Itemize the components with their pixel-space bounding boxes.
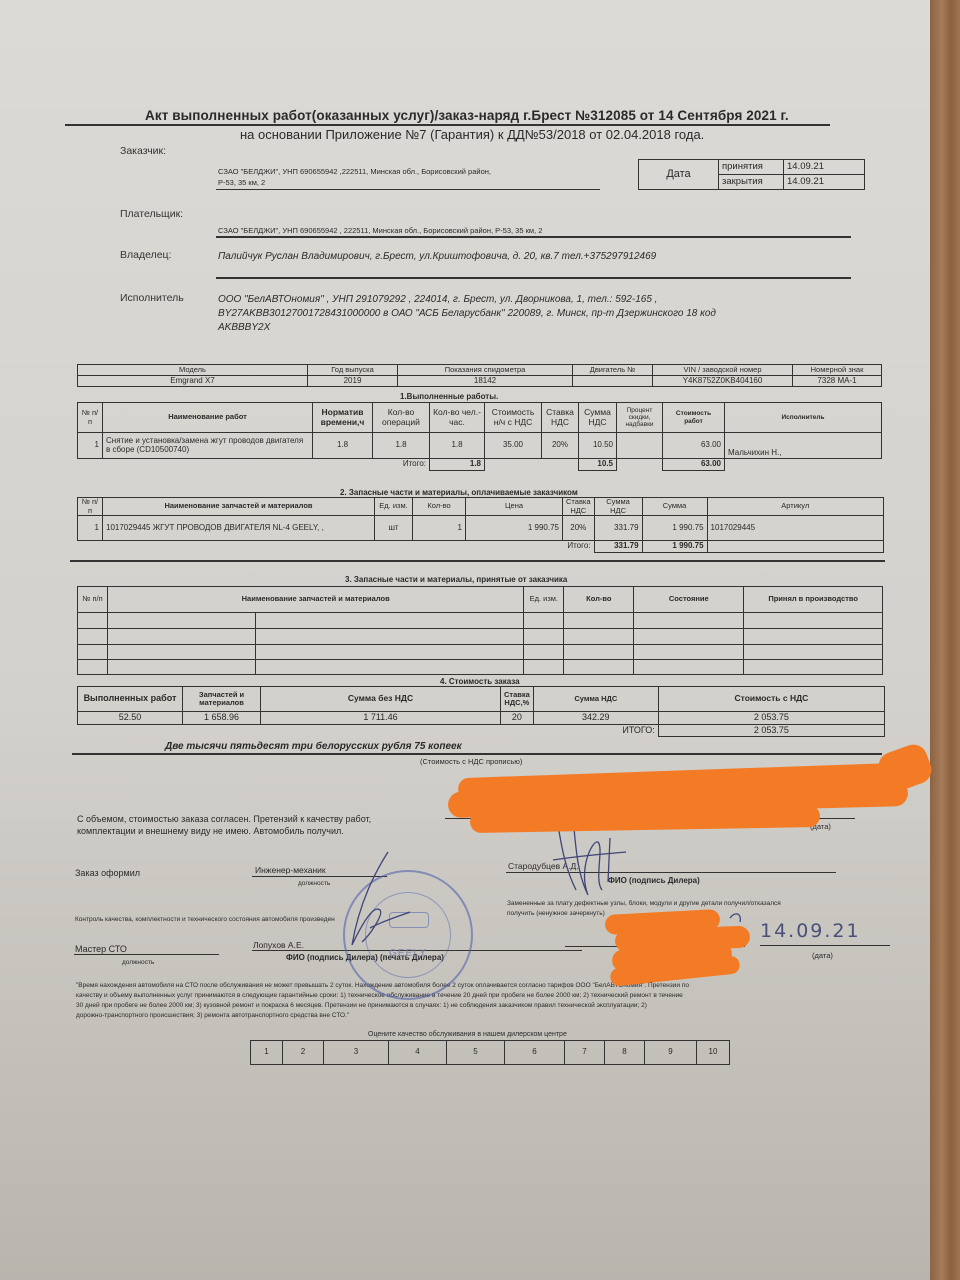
cost-vat-rate: 20 [501,712,534,725]
customer-parts-header: Принял в производство [744,587,883,613]
works-title: 1.Выполненные работы. [400,392,498,401]
rating-score-3[interactable]: 3 [324,1041,389,1065]
vehicle-header: VIN / заводской номер [653,365,793,376]
works-header: Наименование работ [103,403,313,433]
table-row [78,629,883,645]
order-cost-title: 4. Стоимость заказа [440,677,520,686]
work-vat-sum: 10.50 [579,433,617,459]
works-header: Кол-во операций [373,403,430,433]
work-name: Снятие и установка/замена жгут проводов … [103,433,313,459]
wooden-surface [930,0,960,1280]
parts-header: Кол-во [413,498,466,516]
works-total-cost: 63.00 [663,459,725,471]
parts-customer-table: № п/п Наименование запчастей и материало… [77,586,883,675]
customer-label: Заказчик: [120,145,166,157]
parts-header: Артикул [707,498,883,516]
grand-total-value: 2 053.75 [658,725,884,737]
work-norm: 1.8 [313,433,373,459]
part-qty: 1 [413,516,466,541]
works-total-label: Итого: [373,459,430,471]
parts-total-sum: 1 990.75 [642,541,707,553]
contractor-label: Исполнитель [120,292,184,304]
customer-parts-header: № п/п [78,587,108,613]
document-title: Акт выполненных работ(оказанных услуг)/з… [145,108,789,123]
cost-header: Ставка НДС,% [501,687,534,712]
owner-value: Палийчук Руслан Владимирович, г.Брест, у… [218,251,656,262]
cost-header: Сумма НДС [533,687,658,712]
vehicle-header: Номерной знак [793,365,882,376]
grand-total-label: ИТОГО: [533,725,658,737]
part-number: 1 [78,516,103,541]
part-sum: 1 990.75 [642,516,707,541]
payer-underline [216,236,851,238]
parts-header: Ставка НДС [563,498,595,516]
parts-total-label: Итого: [563,541,595,553]
parts-paid-title: 2. Запасные части и материалы, оплачивае… [340,488,578,497]
work-vat-rate: 20% [542,433,579,459]
footnote-line-3: 30 дней при пробеге не более 2000 км; 3)… [76,1002,647,1009]
payer-label: Плательщик: [120,208,183,220]
work-operations: 1.8 [373,433,430,459]
rating-score-2[interactable]: 2 [283,1041,324,1065]
customer-parts-header: Состояние [634,587,744,613]
parts-header: Ед. изм. [375,498,413,516]
works-header: Сумма НДС [579,403,617,433]
total-in-words-caption: (Стоимость с НДС прописью) [420,757,522,766]
work-number: 1 [78,433,103,459]
parts-paid-table: № п/п Наименование запчастей и материало… [77,497,884,553]
works-header: Процент скидки, надбавки [617,403,663,433]
master-position-caption: должность [122,959,154,966]
parts-header: Цена [466,498,563,516]
contractor-line-1: ООО "БелАВТОномия" , УНП 291079292 , 224… [218,294,657,305]
works-header: Ставка НДС [542,403,579,433]
receiver-line-a [565,946,605,947]
parts-header: Наименование запчастей и материалов [103,498,375,516]
works-header: Исполнитель [725,403,882,433]
closed-date: 14.09.21 [784,175,865,190]
rating-score-4[interactable]: 4 [389,1041,447,1065]
master-name: Лопухов А.Е. [253,940,304,950]
customer-parts-header: Наименование запчастей и материалов [108,587,524,613]
document-subtitle: на основании Приложение №7 (Гарантия) к … [240,127,704,142]
work-cost: 63.00 [663,433,725,459]
parts-header: Сумма НДС [594,498,642,516]
receiver-date-line [760,945,890,946]
works-header: Стоимость н/ч с НДС [485,403,542,433]
rating-score-10[interactable]: 10 [697,1041,730,1065]
table-row [78,613,883,629]
customer-parts-header: Кол-во [564,587,634,613]
rating-score-6[interactable]: 6 [505,1041,565,1065]
rating-score-7[interactable]: 7 [565,1041,605,1065]
cost-sum-no-vat: 1 711.46 [261,712,501,725]
cost-header: Сумма без НДС [261,687,501,712]
works-total-vat: 10.5 [579,459,617,471]
cost-header: Стоимость с НДС [658,687,884,712]
work-manhours: 1.8 [430,433,485,459]
rating-score-8[interactable]: 8 [605,1041,645,1065]
parts-customer-title: 3. Запасные части и материалы, принятые … [345,575,567,584]
title-underline [65,124,830,126]
agreement-text-1: С объемом, стоимостью заказа согласен. П… [77,814,371,824]
cost-parts: 1 658.96 [183,712,261,725]
works-total-manhours: 1.8 [430,459,485,471]
parts-total-vat: 331.79 [594,541,642,553]
cost-vat-sum: 342.29 [533,712,658,725]
accepted-date: 14.09.21 [784,160,865,175]
work-worker: Мальчихин Н., [725,433,882,459]
master-position: Мастер СТО [75,944,127,954]
agreement-text-2: комплектации и внешнему виду не имею. Ав… [77,826,344,836]
accepted-label: принятия [719,160,784,175]
vehicle-header: Модель [78,365,308,376]
rating-score-5[interactable]: 5 [447,1041,505,1065]
quality-control-text: Контроль качества, комплектности и техни… [75,916,335,923]
master-signature-icon [340,850,420,960]
works-header: Стоимость работ [663,403,725,433]
owner-label: Владелец: [120,249,172,261]
vehicle-header: Двигатель № [573,365,653,376]
works-header: № п/п [78,403,103,433]
vehicle-header: Показания спидометра [398,365,573,376]
parts-header: № п/п [78,498,103,516]
section-divider [70,560,885,562]
cost-total-with-vat: 2 053.75 [658,712,884,725]
part-article: 1017029445 [707,516,883,541]
contractor-line-2: BY27AKBB30127001728431000000 в ОАО "АСБ … [218,308,716,319]
closed-label: закрытия [719,175,784,190]
dealer-signature-icon [548,820,648,910]
footnote-line-4: дорожно-транспортного происшествия; 3) р… [76,1012,349,1019]
date-label: Дата [639,160,719,190]
table-row [78,645,883,660]
master-position-underline [74,954,219,955]
works-header: Норматив времени,ч [313,403,373,433]
position-value: Инженер-механик [255,865,326,875]
customer-parts-header: Ед. изм. [524,587,564,613]
rating-title: Оцените качество обслуживания в нашем ди… [368,1031,567,1038]
handwritten-date: 14.09.21 [760,920,861,942]
vehicle-model: Emgrand X7 [78,376,308,387]
order-cost-table: Выполненных работ Запчастей и материалов… [77,686,885,737]
part-price: 1 990.75 [466,516,563,541]
works-table: № п/п Наименование работ Норматив времен… [77,402,882,471]
total-in-words-underline [72,753,882,755]
rating-score-9[interactable]: 9 [645,1041,697,1065]
part-unit: шт [375,516,413,541]
payer-value: СЗАО "БЕЛДЖИ", УНП 690655942 , 222511, М… [218,226,542,235]
work-rate: 35.00 [485,433,542,459]
receiver-date-caption: (дата) [812,951,833,960]
customer-underline [216,189,600,190]
cost-header: Запчастей и материалов [183,687,261,712]
position-caption: должность [298,880,330,887]
rating-table: 1 2 3 4 5 6 7 8 9 10 [250,1040,730,1065]
rating-score-1[interactable]: 1 [251,1041,283,1065]
cost-header: Выполненных работ [78,687,183,712]
vehicle-odometer: 18142 [398,376,573,387]
order-by-label: Заказ оформил [75,868,140,878]
part-vat-sum: 331.79 [594,516,642,541]
table-row: 1 1017029445 ЖГУТ ПРОВОДОВ ДВИГАТЕЛЯ NL-… [78,516,884,541]
table-row [78,660,883,675]
total-in-words: Две тысячи пятьдесят три белорусских руб… [165,741,462,752]
vehicle-table: Модель Год выпуска Показания спидометра … [77,364,882,387]
vehicle-year: 2019 [308,376,398,387]
part-vat-rate: 20% [563,516,595,541]
dates-table: Дата принятия 14.09.21 закрытия 14.09.21 [638,159,865,190]
parts-header: Сумма [642,498,707,516]
replaced-parts-text-2: получить (ненужное зачеркнуть) [507,910,605,917]
vehicle-engine [573,376,653,387]
vehicle-plate: 7328 MA-1 [793,376,882,387]
vehicle-header: Год выпуска [308,365,398,376]
customer-line-2: Р-53, 35 км, 2 [218,178,265,187]
contractor-line-3: AKBBBY2X [218,322,270,333]
work-discount [617,433,663,459]
part-name: 1017029445 ЖГУТ ПРОВОДОВ ДВИГАТЕЛЯ NL-4 … [103,516,375,541]
works-header: Кол-во чел.-час. [430,403,485,433]
cost-works: 52.50 [78,712,183,725]
customer-line-1: СЗАО "БЕЛДЖИ", УНП 690655942 ,222511, Ми… [218,167,491,176]
table-row: 1 Снятие и установка/замена жгут проводо… [78,433,882,459]
owner-underline [216,277,851,279]
vehicle-vin: Y4K8752Z0KB404160 [653,376,793,387]
